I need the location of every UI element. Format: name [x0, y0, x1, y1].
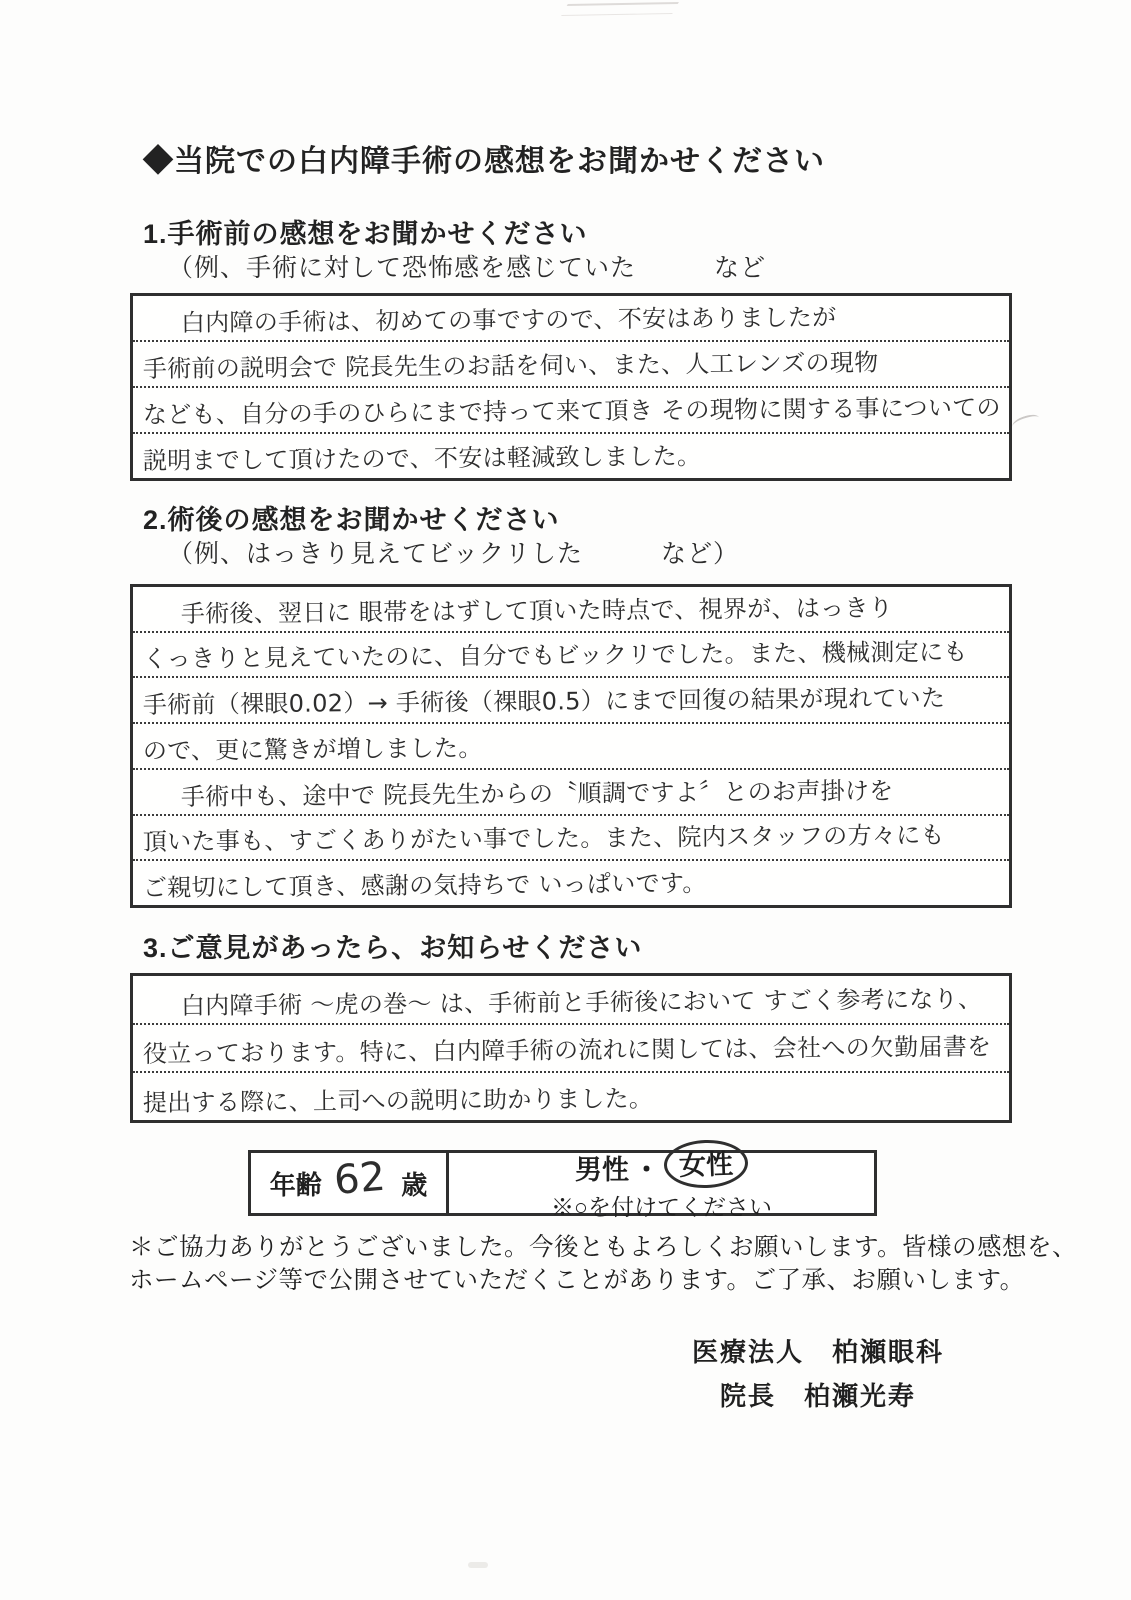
answer-line: 手術中も、途中で 院長先生からの〝順調ですよ〞とのお声掛けを	[133, 770, 1009, 816]
answer-line: 提出する際に、上司への説明に助かりました。	[133, 1073, 1009, 1120]
answer-line: 手術後、翌日に 眼帯をはずして頂いた時点で、視界が、はっきり	[133, 587, 1009, 633]
page-title: ◆当院での白内障手術の感想をお聞かせください	[143, 136, 825, 180]
handwritten-text: 手術前の説明会で 院長先生のお話を伺い、また、人工レンズの現物	[143, 343, 879, 384]
answer-line: 説明までして頂けたので、不安は軽減致しました。	[133, 434, 1009, 478]
male-label: 男性	[575, 1148, 629, 1187]
handwritten-text: 手術前（裸眼0.02）→ 手術後（裸眼0.5）にまで回復の結果が現れていた	[143, 678, 946, 720]
handwritten-text: なども、自分の手のひらにまで持って来て頂き その現物に関する事についての	[143, 388, 1001, 430]
age-unit: 歳	[401, 1165, 427, 1202]
handwritten-text: 提出する際に、上司への説明に助かりました。	[143, 1079, 654, 1118]
gender-cell: 男性 ・ 女性 ※○を付けてください	[449, 1153, 874, 1213]
section-3-heading: 3.ご意見があったら、お知らせください	[143, 926, 642, 965]
section-2-example: （例、はっきり見えてビックリした など）	[168, 534, 739, 570]
answer-line: 白内障手術 ～虎の巻～ は、手術前と手術後において すごく参考になり、	[133, 976, 1009, 1025]
circle-instruction: ※○を付けてください	[551, 1189, 772, 1222]
gender-options: 男性 ・ 女性	[575, 1146, 748, 1188]
female-label-circled: 女性	[663, 1139, 749, 1190]
age-cell: 年齢 62 歳	[251, 1153, 449, 1213]
handwritten-text: くっきりと見えていたのに、自分でもビックリでした。また、機械測定にも	[143, 633, 968, 675]
signature-block: 医療法人 柏瀬眼科 院長 柏瀬光寿	[648, 1330, 988, 1418]
answer-line: 頂いた事も、すごくありがたい事でした。また、院内スタッフの方々にも	[133, 816, 1009, 862]
footer-note: ＊ご協力ありがとうございました。今後ともよろしくお願いします。皆様の感想を、 ホ…	[129, 1231, 1077, 1297]
director-name: 院長 柏瀬光寿	[648, 1374, 988, 1418]
scan-artifact-top	[561, 2, 679, 16]
section-1-heading: 1.手術前の感想をお聞かせください	[143, 212, 588, 251]
section-2-heading: 2.術後の感想をお聞かせください	[143, 498, 560, 537]
handwritten-text: 説明までして頂けたので、不安は軽減致しました。	[143, 436, 702, 476]
handwritten-text: 役立っております。特に、白内障手術の流れに関しては、会社への欠勤届書を	[143, 1027, 992, 1069]
footer-note-line-1: ＊ご協力ありがとうございました。今後ともよろしくお願いします。皆様の感想を、	[129, 1231, 1077, 1264]
answer-line: なども、自分の手のひらにまで持って来て頂き その現物に関する事についての	[133, 388, 1009, 434]
scan-artifact-bottom	[468, 1562, 488, 1568]
footer-note-line-2: ホームページ等で公開させていただくことがあります。ご了承、お願いします。	[129, 1264, 1077, 1297]
handwritten-text: 頂いた事も、すごくありがたい事でした。また、院内スタッフの方々にも	[143, 816, 945, 858]
answer-line: 手術前（裸眼0.02）→ 手術後（裸眼0.5）にまで回復の結果が現れていた	[133, 678, 1009, 724]
scan-artifact-right	[1011, 412, 1041, 432]
handwritten-text: 白内障手術 ～虎の巻～ は、手術前と手術後において すごく参考になり、	[181, 979, 983, 1021]
handwritten-text: 白内障の手術は、初めての事ですので、不安はありましたが	[181, 297, 837, 338]
answer-line: ご親切にして頂き、感謝の気持ちで いっぱいです。	[133, 861, 1009, 905]
age-value: 62	[332, 1157, 387, 1201]
answer-box-2: 手術後、翌日に 眼帯をはずして頂いた時点で、視界が、はっきり くっきりと見えてい…	[130, 584, 1012, 908]
answer-line: ので、更に驚きが増しました。	[133, 724, 1009, 770]
answer-line: 白内障の手術は、初めての事ですので、不安はありましたが	[133, 296, 1009, 342]
handwritten-text: ので、更に驚きが増しました。	[143, 728, 483, 766]
handwritten-text: 手術中も、途中で 院長先生からの〝順調ですよ〞とのお声掛けを	[181, 770, 894, 811]
answer-line: くっきりと見えていたのに、自分でもビックリでした。また、機械測定にも	[133, 633, 1009, 679]
info-table: 年齢 62 歳 男性 ・ 女性 ※○を付けてください	[248, 1150, 877, 1216]
clinic-name: 医療法人 柏瀬眼科	[648, 1330, 988, 1374]
handwritten-text: 手術後、翌日に 眼帯をはずして頂いた時点で、視界が、はっきり	[181, 588, 893, 629]
scanned-questionnaire-page: ◆当院での白内障手術の感想をお聞かせください 1.手術前の感想をお聞かせください…	[0, 0, 1131, 1600]
age-label: 年齢	[270, 1165, 322, 1202]
section-1-example: （例、手術に対して恐怖感を感じていた など	[168, 248, 766, 284]
handwritten-text: ご親切にして頂き、感謝の気持ちで いっぱいです。	[143, 863, 707, 903]
answer-line: 手術前の説明会で 院長先生のお話を伺い、また、人工レンズの現物	[133, 342, 1009, 388]
answer-box-1: 白内障の手術は、初めての事ですので、不安はありましたが 手術前の説明会で 院長先…	[130, 293, 1012, 481]
gender-separator: ・	[633, 1148, 660, 1187]
answer-box-3: 白内障手術 ～虎の巻～ は、手術前と手術後において すごく参考になり、 役立って…	[130, 973, 1012, 1123]
answer-line: 役立っております。特に、白内障手術の流れに関しては、会社への欠勤届書を	[133, 1025, 1009, 1074]
